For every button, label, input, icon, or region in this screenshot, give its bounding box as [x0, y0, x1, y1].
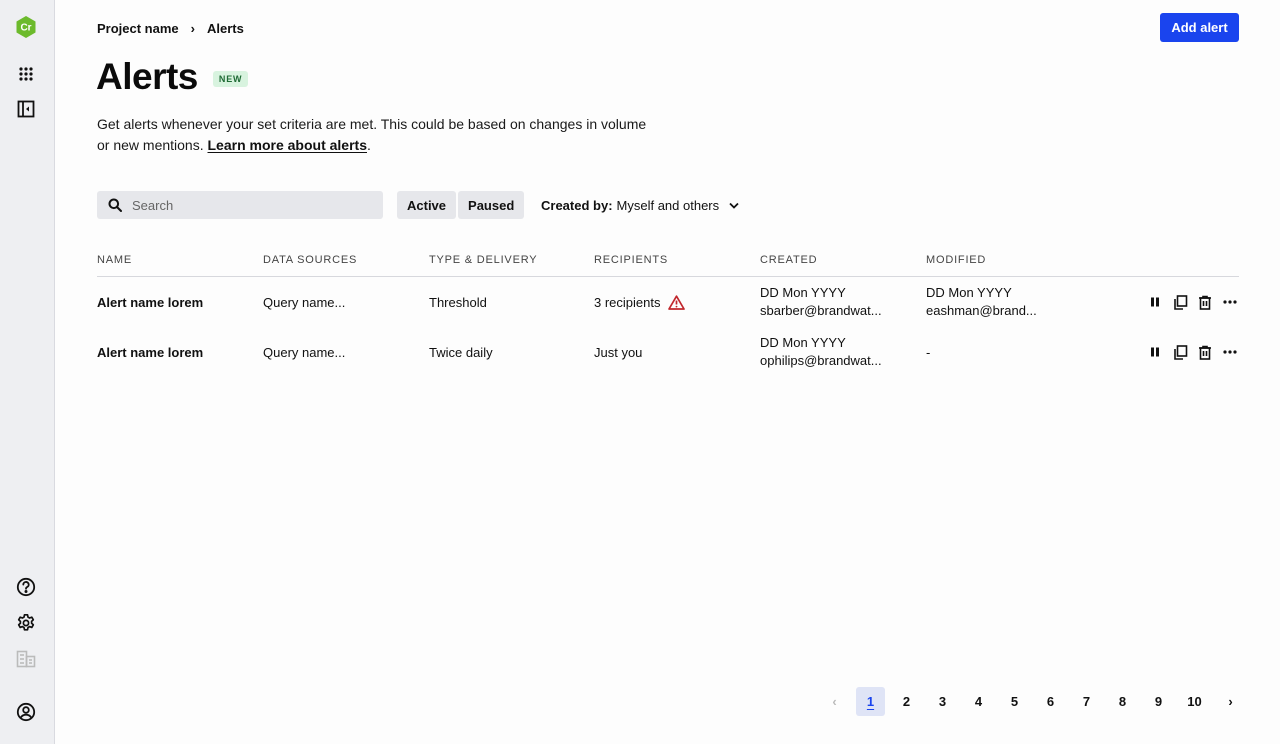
- page-7[interactable]: 7: [1072, 687, 1101, 716]
- created-by-dropdown[interactable]: Created by: Myself and others: [541, 191, 739, 219]
- status-toggle-group: Active Paused: [397, 191, 524, 219]
- duplicate-icon[interactable]: [1171, 293, 1189, 311]
- more-icon[interactable]: [1221, 343, 1239, 361]
- delete-icon[interactable]: [1196, 293, 1214, 311]
- search-icon: [108, 198, 122, 212]
- recipients: Just you: [594, 345, 760, 360]
- next-page-button[interactable]: ›: [1216, 687, 1245, 716]
- created-cell: DD Mon YYYY ophilips@brandwat...: [760, 334, 926, 370]
- main-content: Project name › Alerts Add alert Alerts N…: [56, 0, 1280, 744]
- page-description: Get alerts whenever your set criteria ar…: [97, 114, 657, 156]
- modified-cell: DD Mon YYYY eashman@brand...: [926, 284, 1126, 320]
- toggle-paused[interactable]: Paused: [458, 191, 524, 219]
- description-trailing: .: [367, 137, 371, 153]
- settings-icon[interactable]: [14, 611, 38, 635]
- page-5[interactable]: 5: [1000, 687, 1029, 716]
- created-date: DD Mon YYYY: [760, 284, 926, 302]
- new-badge: NEW: [213, 71, 248, 87]
- table-row[interactable]: Alert name lorem Query name... Twice dai…: [97, 327, 1239, 377]
- type-delivery: Twice daily: [429, 345, 594, 360]
- alert-name[interactable]: Alert name lorem: [97, 345, 263, 360]
- duplicate-icon[interactable]: [1171, 343, 1189, 361]
- warning-icon: [668, 295, 685, 310]
- modified-date: DD Mon YYYY: [926, 284, 1126, 302]
- toggle-active[interactable]: Active: [397, 191, 456, 219]
- column-header-recipients[interactable]: RECIPIENTS: [594, 254, 760, 266]
- logo-icon[interactable]: Cr: [14, 15, 38, 39]
- apps-grid-icon[interactable]: [14, 62, 38, 86]
- breadcrumb: Project name › Alerts: [97, 19, 244, 37]
- breadcrumb-separator: ›: [189, 21, 197, 36]
- recipients-text: Just you: [594, 345, 642, 360]
- user-account-icon[interactable]: [14, 700, 38, 724]
- recipients-text: 3 recipients: [594, 295, 660, 310]
- created-by-value: Myself and others: [617, 198, 720, 213]
- column-header-data-sources[interactable]: DATA SOURCES: [263, 254, 429, 266]
- page-3[interactable]: 3: [928, 687, 957, 716]
- prev-page-button[interactable]: ‹: [820, 687, 849, 716]
- created-by: ophilips@brandwat...: [760, 352, 926, 370]
- more-icon[interactable]: [1221, 293, 1239, 311]
- pagination: ‹ 1 2 3 4 5 6 7 8 9 10 ›: [820, 687, 1245, 716]
- created-date: DD Mon YYYY: [760, 334, 926, 352]
- search-field[interactable]: [97, 191, 383, 219]
- page-8[interactable]: 8: [1108, 687, 1137, 716]
- created-by-label: Created by:: [541, 198, 613, 213]
- table-header: NAME DATA SOURCES TYPE & DELIVERY RECIPI…: [97, 244, 1239, 277]
- modified-by: eashman@brand...: [926, 302, 1126, 320]
- learn-more-link[interactable]: Learn more about alerts: [208, 137, 368, 153]
- column-header-modified[interactable]: MODIFIED: [926, 254, 1126, 266]
- page-2[interactable]: 2: [892, 687, 921, 716]
- page-9[interactable]: 9: [1144, 687, 1173, 716]
- alert-name[interactable]: Alert name lorem: [97, 295, 263, 310]
- column-header-name[interactable]: NAME: [97, 254, 263, 266]
- search-input[interactable]: [132, 198, 362, 213]
- column-header-created[interactable]: CREATED: [760, 254, 926, 266]
- created-cell: DD Mon YYYY sbarber@brandwat...: [760, 284, 926, 320]
- delete-icon[interactable]: [1196, 343, 1214, 361]
- title-row: Alerts NEW: [96, 56, 248, 98]
- collapse-panel-icon[interactable]: [14, 97, 38, 121]
- modified-date: -: [926, 345, 1126, 360]
- data-source: Query name...: [263, 295, 429, 310]
- page-10[interactable]: 10: [1180, 687, 1209, 716]
- alerts-table: NAME DATA SOURCES TYPE & DELIVERY RECIPI…: [97, 244, 1239, 377]
- page-title: Alerts: [96, 56, 198, 98]
- page-6[interactable]: 6: [1036, 687, 1065, 716]
- pause-icon[interactable]: [1146, 293, 1164, 311]
- svg-text:Cr: Cr: [20, 23, 31, 34]
- page-4[interactable]: 4: [964, 687, 993, 716]
- pause-icon[interactable]: [1146, 343, 1164, 361]
- created-by: sbarber@brandwat...: [760, 302, 926, 320]
- row-actions: [1126, 343, 1239, 361]
- description-text: Get alerts whenever your set criteria ar…: [97, 116, 646, 153]
- data-source: Query name...: [263, 345, 429, 360]
- recipients: 3 recipients: [594, 295, 760, 310]
- chevron-down-icon: [729, 202, 739, 209]
- sidebar: Cr: [0, 0, 55, 744]
- type-delivery: Threshold: [429, 295, 594, 310]
- row-actions: [1126, 293, 1239, 311]
- table-row[interactable]: Alert name lorem Query name... Threshold…: [97, 277, 1239, 327]
- page-1[interactable]: 1: [856, 687, 885, 716]
- help-icon[interactable]: [14, 575, 38, 599]
- building-icon[interactable]: [14, 647, 38, 671]
- breadcrumb-item-current: Alerts: [207, 21, 244, 36]
- add-alert-button[interactable]: Add alert: [1160, 13, 1239, 42]
- modified-cell: -: [926, 345, 1126, 360]
- column-header-type-delivery[interactable]: TYPE & DELIVERY: [429, 254, 594, 266]
- breadcrumb-item-project[interactable]: Project name: [97, 21, 179, 36]
